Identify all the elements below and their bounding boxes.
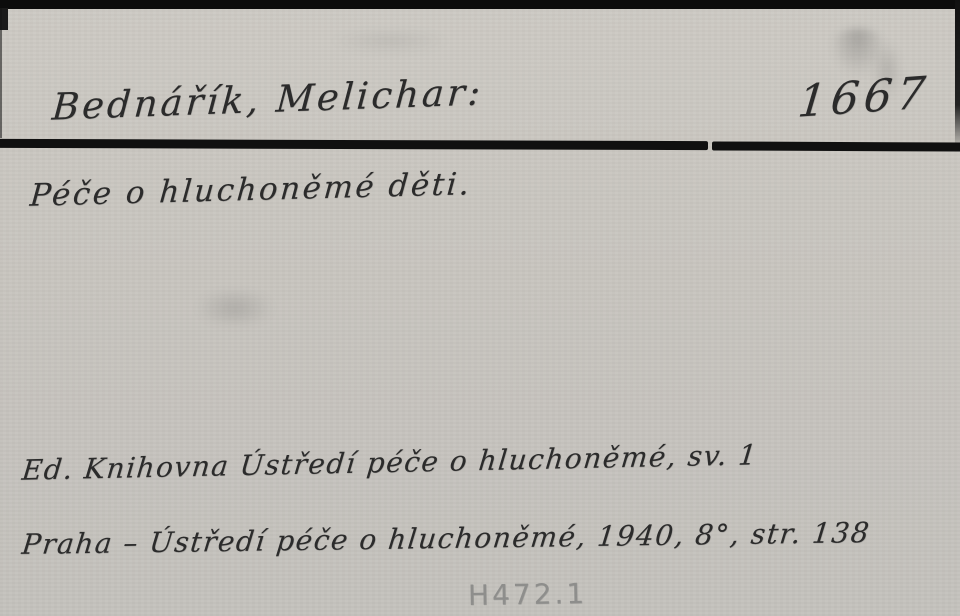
ink-bleed-smudge	[195, 288, 275, 328]
divider-rule	[0, 139, 708, 150]
series-note-line: Ed. Knihovna Ústředí péče o hluchoněmé, …	[20, 438, 759, 486]
pencil-call-number: H472.1	[468, 577, 588, 612]
title-line: Péče o hluchoněmé děti.	[29, 166, 473, 214]
author-heading: Bednářík, Melichar:	[51, 70, 485, 128]
scan-edge-right	[955, 0, 960, 150]
paper-smudge	[330, 28, 450, 54]
scan-edge-top	[0, 0, 960, 9]
catalog-card-scan: Bednářík, Melichar: 1667 Péče o hluchoně…	[0, 0, 960, 616]
scan-edge-left	[0, 8, 2, 138]
divider-rule-segment	[712, 141, 960, 151]
imprint-line: Praha – Ústředí péče o hluchoněmé, 1940,…	[20, 516, 872, 561]
card-number: 1667	[795, 67, 932, 128]
